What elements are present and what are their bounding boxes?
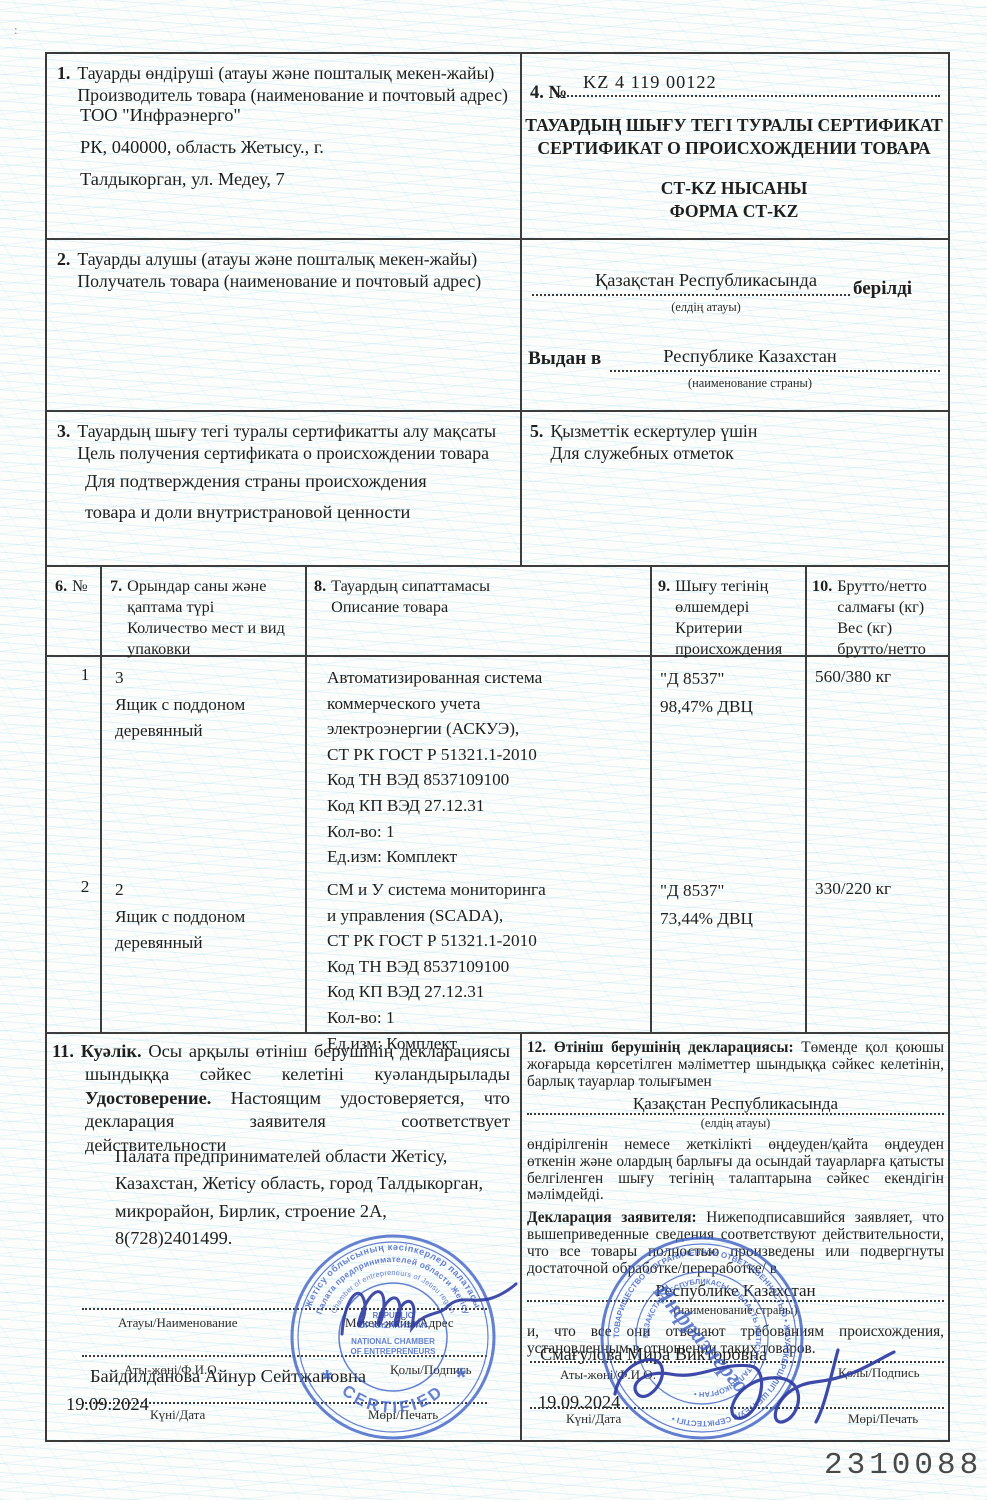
col-10-header: 10. Брутто/нетто салмағы (кг) Вес (кг) б… (812, 576, 944, 660)
row-2-no: 2 (72, 877, 98, 897)
chamber-star-left: * (322, 1364, 333, 1394)
purpose-value: Для подтверждения страны происхождения т… (85, 466, 427, 527)
section-3-header: 3. Тауардың шығу тегі туралы сертификатт… (57, 421, 509, 464)
s12-hint-kk: (елдің атауы) (527, 1115, 944, 1132)
col-10-title: Брутто/нетто салмағы (кг) Вес (кг) брутт… (837, 576, 927, 660)
certificate-title-kk: ТАУАРДЫҢ ШЫҒУ ТЕГІ ТУРАЛЫ СЕРТИФИКАТ (522, 114, 946, 137)
col-8-number: 8. (314, 576, 326, 618)
s12-bold-ru: Декларация заявителя: (527, 1209, 697, 1226)
row-1-packaging: 3 Ящик с поддоном деревянный (115, 665, 245, 745)
signature-applicant-svg (600, 1322, 910, 1430)
s12-country-kk: Қазақстан Республикасында (633, 1094, 838, 1113)
rule-col-8 (650, 565, 652, 1032)
rule-col-6 (100, 565, 102, 1032)
section-5-header: 5. Қызметтік ескертулер үшін Для служебн… (530, 421, 930, 464)
form-name-kk: СТ-KZ НЫСАНЫ (522, 177, 946, 200)
rule-col-7 (305, 565, 307, 1032)
issued-hint-ru: (наименование страны) (640, 376, 860, 391)
section-11-bold-kk: 11. Куәлік. (52, 1041, 142, 1061)
rule-v-mid-bottom (520, 1032, 522, 1442)
signature-applicant (600, 1322, 910, 1430)
signature-certifier (330, 1270, 520, 1358)
signature-applicant-path (615, 1350, 894, 1422)
certificate-page: : 1. Тауарды өндіруші (атауы және поштал… (0, 0, 987, 1500)
rule-h2 (45, 410, 948, 412)
producer-value: ТОО "Инфраэнерго" РК, 040000, область Же… (80, 99, 324, 195)
issued-country-kk: Қазақстан Республикасында (556, 270, 856, 291)
issued-hint-kk: (елдің атауы) (556, 300, 856, 315)
section-2-header: 2. Тауарды алушы (атауы және пошталық ме… (57, 249, 509, 292)
chamber-star-right: * (456, 1362, 467, 1392)
row-1-criteria: "Д 8537" 98,47% ДВЦ (660, 665, 753, 721)
rule-h1 (45, 238, 948, 240)
s12-para-kk: өндірілгенін немесе жеткілікті өңдеуден/… (527, 1137, 944, 1204)
col-8-title: Тауардың сипаттамасы Описание товара (331, 576, 490, 618)
row-1-weight: 560/380 кг (815, 667, 891, 687)
certificate-title: ТАУАРДЫҢ ШЫҒУ ТЕГІ ТУРАЛЫ СЕРТИФИКАТ СЕР… (522, 114, 946, 159)
issued-word-kk: берілді (853, 278, 912, 300)
form-name: СТ-KZ НЫСАНЫ ФОРМА СТ-KZ (522, 177, 946, 222)
rule-h3 (45, 565, 948, 567)
s11-label-date: Күні/Дата (150, 1407, 205, 1423)
row-2-weight: 330/220 кг (815, 879, 891, 899)
section-1-number: 1. (57, 63, 70, 106)
issued-country-ru: Республике Казахстан (620, 346, 880, 367)
issued-dotted-line-kk (532, 294, 850, 296)
section-2-title: Тауарды алушы (атауы және пошталық мекен… (77, 249, 481, 292)
section-11-bold-ru: Удостоверение. (85, 1088, 211, 1108)
section-3-number: 3. (57, 421, 70, 464)
row-2-description: СМ и У система мониторинга и управления … (327, 877, 546, 1056)
s12-bold-kk: 12. Өтініш берушінің декларациясы: (527, 1039, 794, 1056)
section-11-header: 11. Куәлік. Осы арқылы өтініш берушінің … (52, 1040, 510, 1157)
signature-certifier-svg (330, 1270, 520, 1358)
col-6-number: 6. (55, 576, 67, 597)
row-1-description: Автоматизированная система коммерческого… (327, 665, 542, 870)
row-1-no: 1 (72, 665, 98, 685)
issued-label-ru: Выдан в (528, 348, 601, 370)
section-5-title: Қызметтік ескертулер үшін Для служебных … (550, 421, 757, 464)
row-2-packaging: 2 Ящик с поддоном деревянный (115, 877, 245, 957)
col-8-header: 8. Тауардың сипаттамасы Описание товара (314, 576, 644, 618)
s12-declaration-kk: 12. Өтініш берушінің декларациясы: Төмен… (527, 1040, 944, 1090)
col-7-number: 7. (110, 576, 122, 660)
col-6-header: 6. № (55, 576, 88, 597)
row-2-criteria: "Д 8537" 73,44% ДВЦ (660, 877, 753, 933)
rule-col-9 (805, 565, 807, 1032)
certificate-title-ru: СЕРТИФИКАТ О ПРОИСХОЖДЕНИИ ТОВАРА (522, 137, 946, 160)
col-10-number: 10. (812, 576, 832, 660)
issued-dotted-line-ru (610, 370, 940, 372)
chamber-banner-certified: CERTIFIED (338, 1382, 447, 1418)
scan-artifact-mark: : (14, 22, 18, 38)
s12-country-kk-line: Қазақстан Республикасында (527, 1096, 944, 1115)
blank-serial-number: 2310088 (824, 1448, 982, 1483)
col-9-title: Шығу тегінің өлшемдері Критерии происхож… (675, 576, 782, 660)
certificate-number: KZ 4 119 00122 (583, 72, 717, 93)
section-5-number: 5. (530, 421, 543, 464)
s11-label-name: Атауы/Наименование (118, 1315, 238, 1331)
col-7-title: Орындар саны және қаптама түрі Количеств… (127, 576, 285, 660)
s11-date-value: 19.09.2024 (66, 1394, 149, 1415)
number-dotted-line (556, 95, 940, 97)
section-3-title: Тауардың шығу тегі туралы сертификатты а… (77, 421, 496, 464)
section-11-text-kk: Осы арқылы өтініш берушінің декларациясы… (85, 1041, 510, 1084)
signature-certifier-path (342, 1284, 516, 1334)
section-2-number: 2. (57, 249, 70, 292)
form-name-ru: ФОРМА СТ-KZ (522, 200, 946, 223)
col-7-header: 7. Орындар саны және қаптама түрі Количе… (110, 576, 302, 660)
col-6-title: № (72, 576, 87, 597)
col-9-number: 9. (658, 576, 670, 660)
section-4-number-label: 4. № (530, 83, 567, 104)
col-9-header: 9. Шығу тегінің өлшемдері Критерии проис… (658, 576, 800, 660)
